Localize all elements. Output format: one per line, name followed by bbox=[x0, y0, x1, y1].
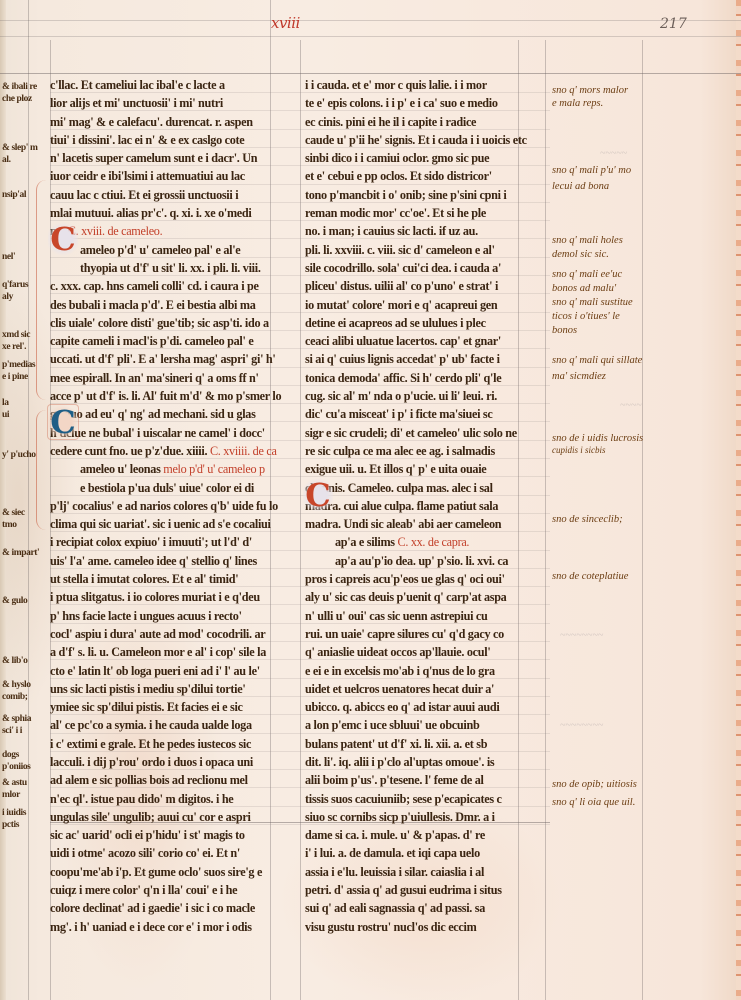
text-line: tiui' i dissini'. lac ei n' & e ex caslg… bbox=[50, 131, 285, 149]
margin-note: sno q' mali p'u' mo bbox=[552, 164, 631, 177]
margin-note: dogs bbox=[2, 750, 19, 761]
margin-note: & lib'o bbox=[2, 656, 27, 667]
margin-note: e i pine bbox=[2, 372, 28, 383]
text-line: alii boim p'us'. p'tesene. l' feme de al bbox=[305, 771, 540, 789]
text-line: n'ec ql'. istue pau dido' m digitos. i h… bbox=[50, 790, 285, 808]
text-line: thyopia ut d'f' u sit' li. xx. i pli. li… bbox=[50, 259, 285, 277]
margin-note: nsip'al bbox=[2, 190, 26, 201]
text-line: ubicco. q. abiccs eo q' ad istar auui au… bbox=[305, 698, 540, 716]
margin-note: ticos i o'tiues' le bbox=[552, 310, 620, 323]
text-line: pli. li. xxviii. c. viii. sic d' cameleo… bbox=[305, 241, 540, 259]
text-line: ut stella i imutat colores. Et e al' tim… bbox=[50, 570, 285, 588]
decorated-initial: C bbox=[48, 222, 78, 256]
margin-note: bonos ad malu' bbox=[552, 282, 616, 295]
text-line: cug. sic al' m' nda o p'ucie. ui li' leu… bbox=[305, 387, 540, 405]
decorated-initial: C bbox=[303, 478, 333, 512]
margin-note: sno q' mali qui sillate bbox=[552, 354, 642, 367]
margin-note: bonos bbox=[552, 324, 577, 337]
text-line: bulans patent' ut d'f' xi. li. xii. a. e… bbox=[305, 735, 540, 753]
pen-flourish bbox=[36, 180, 49, 400]
margin-note: sno q' mali ee'uc bbox=[552, 268, 622, 281]
text-line: al' ce pc'co a symia. i he cauda ualde l… bbox=[50, 716, 285, 734]
text-line: p' hns facie lacte i ungues acuus i rect… bbox=[50, 607, 285, 625]
text-line: lior alijs et mi' unctuosii' i mi' nutri bbox=[50, 94, 285, 112]
text-line: uidi i otme' acozo sili' corio co' ei. E… bbox=[50, 844, 285, 862]
text-line: mg'. i h' uaniad e i dece cor e' i mor i… bbox=[50, 918, 285, 936]
text-line: ec cinis. pini ei he il i capite i radic… bbox=[305, 113, 540, 131]
text-line: madra. cui alue culpa. flame patiut sala bbox=[305, 497, 540, 515]
margin-note: sno q' mors malor bbox=[552, 84, 628, 97]
text-line: et e' cebui e pp oclos. Et sido districo… bbox=[305, 167, 540, 185]
margin-note: ma' sicmdiez bbox=[552, 370, 606, 383]
text-line: cuiqz i mere color' q'n i lla' coui' e i… bbox=[50, 881, 285, 899]
margin-note: y' p'ucho bbox=[2, 450, 36, 461]
text-line: reman modic mor' cc'oe'. Et si he ple bbox=[305, 204, 540, 222]
rubric: C. xviii. de cameleo. bbox=[68, 224, 163, 238]
show-through-text: ~~~~~~~~ bbox=[560, 720, 603, 731]
text-line: uidet et uelcros uenatores hecat duir a' bbox=[305, 680, 540, 698]
text-line: madra. Undi sic aleab' abi aer cameleon bbox=[305, 515, 540, 533]
text-line: exigue uii. u. Et illos q' p' e uita oua… bbox=[305, 460, 540, 478]
margin-note: & astu bbox=[2, 778, 27, 789]
show-through-text: ~~~~~~~~ bbox=[560, 630, 603, 641]
margin-note: mlor bbox=[2, 790, 20, 801]
text-line: uns sic lacti pistis i mediu sp'dilui to… bbox=[50, 680, 285, 698]
text-line: mee espirall. In an' ma'sineri q' a oms … bbox=[50, 369, 285, 387]
text-line: aly u' sic cas deuis p'uenit q' carp'at … bbox=[305, 588, 540, 606]
folio-number: 217 bbox=[660, 16, 687, 32]
text-line: io mutat' colore' mori e q' acapreui gen bbox=[305, 296, 540, 314]
text-line: ameleo u' leonas melo p'd' u' cameleo p bbox=[50, 460, 285, 478]
text-line: capite cameli i macl'is p'di. cameleo pa… bbox=[50, 332, 285, 350]
text-line: caude u' p'ii he' signis. Et i cauda i i… bbox=[305, 131, 540, 149]
text-line: i recipiat colox expiuo' i imuuti'; ut l… bbox=[50, 533, 285, 551]
text-line: visu gustu rostru' nucl'os dic eccim bbox=[305, 918, 540, 936]
margin-note: sno q' li oia que uil. bbox=[552, 796, 635, 809]
text-line: si ai q' cuius lignis accedat' p' ub' fa… bbox=[305, 350, 540, 368]
margin-note: sno q' mali holes bbox=[552, 234, 623, 247]
text-line: q' aniaslie uideat occos ap'llauie. ocul… bbox=[305, 643, 540, 661]
text-line: dit. li'. iq. alii i p'clo al'uptas omou… bbox=[305, 753, 540, 771]
text-line: n' lacetis super camelum sunt e i dacr'.… bbox=[50, 149, 285, 167]
margin-note: i iuidis bbox=[2, 808, 26, 819]
text-line: tissis suos cacuiuniib; sese p'ecapicate… bbox=[305, 790, 540, 808]
text-line: sic ac' uarid' ocli ei p'hidu' i st' mag… bbox=[50, 826, 285, 844]
text-line: i c' extimi e grale. Et he pedes iusteco… bbox=[50, 735, 285, 753]
text-line: clima qui sic uariat'. sic i uenic ad s'… bbox=[50, 515, 285, 533]
text-line: ymiee sic sp'dilui pistis. Et facies ei … bbox=[50, 698, 285, 716]
margin-note: e mala reps. bbox=[552, 97, 603, 110]
margin-note: q'farus bbox=[2, 280, 28, 291]
text-line: dame si ca. i. mule. u' & p'apas. d' re bbox=[305, 826, 540, 844]
rubric: C. xx. de capra. bbox=[398, 535, 470, 549]
text-line: e ei e in excelsis mo'ab i q'nus de lo g… bbox=[305, 662, 540, 680]
text-line: c'llac. Et cameliui lac ibal'e c lacte a bbox=[50, 76, 285, 94]
text-line: uis' l'a' ame. cameleo idee q' stellio q… bbox=[50, 552, 285, 570]
text-line: colore declinat' ad i gaedie' i sic i co… bbox=[50, 899, 285, 917]
show-through-text: ~~~~ bbox=[620, 400, 642, 411]
text-line: sile cocodrillo. sola' cui'ci dea. i cau… bbox=[305, 259, 540, 277]
decorated-initial: C bbox=[48, 405, 78, 439]
text-line: a d'f' s. li. u. Cameleon mor e al' i co… bbox=[50, 643, 285, 661]
rubric: melo p'd' u' cameleo p bbox=[163, 462, 265, 476]
margin-note: & impart' bbox=[2, 548, 39, 559]
text-line: tonica demoda' affic. Si h' cerdo pli' q… bbox=[305, 369, 540, 387]
text-line: lacculi. i dij p'rou' ordo i duos i opac… bbox=[50, 753, 285, 771]
text-line: iuor ceidr e ibi'lsimi i attemuatiui au … bbox=[50, 167, 285, 185]
ruling-line bbox=[0, 36, 741, 37]
text-line: ameleo p'd' u' cameleo pal' e al'e bbox=[50, 241, 285, 259]
margin-note: che ploz bbox=[2, 94, 32, 105]
text-line: ceaci alibi uluatue lacertos. cap' et gn… bbox=[305, 332, 540, 350]
margin-note: al. bbox=[2, 155, 11, 166]
margin-note: & hyslo bbox=[2, 680, 31, 691]
text-line: siuo sc cornibs sicp p'uiullesis. Dmr. a… bbox=[305, 808, 540, 826]
text-column-b: i i cauda. et e' mor c quis lalie. i i m… bbox=[305, 76, 540, 936]
text-line: ge quo ad eu' q' ng' ad mechani. sid u g… bbox=[50, 405, 285, 423]
margin-note: sno de opib; uitiosis bbox=[552, 778, 637, 791]
margin-note: xe rel'. bbox=[2, 342, 26, 353]
text-line: ungulas sile' ungulib; auui cu' cor e as… bbox=[50, 808, 285, 826]
margin-note: sno q' mali sustitue bbox=[552, 296, 633, 309]
text-line: n' ulli u' oui' cas sic uenn astrepiui c… bbox=[305, 607, 540, 625]
text-line: pros i capreis acu'p'eos ue glas q' oci … bbox=[305, 570, 540, 588]
text-line: sinbi dico i i camiui oclor. gmo sic pue bbox=[305, 149, 540, 167]
text-line: ap'a e silims C. xx. de capra. bbox=[305, 533, 540, 551]
show-through-text: ~~~~~ bbox=[600, 148, 627, 159]
text-line: acce p' ut d'f' is. li. Al' fuit m'd' & … bbox=[50, 387, 285, 405]
ruling-line bbox=[0, 20, 741, 21]
text-line: cto e' latin lt' ob loga pueri eni ad i'… bbox=[50, 662, 285, 680]
margin-note: p'medias bbox=[2, 360, 35, 371]
text-line: tono p'mancbit i o' onib; sine p'sini cp… bbox=[305, 186, 540, 204]
text-line: clemnis. Cameleo. culpa mas. alec i sal bbox=[305, 479, 540, 497]
ruling-vertical bbox=[642, 40, 643, 1000]
text-line: a lon p'emc i uce sbluui' ue obcuinb bbox=[305, 716, 540, 734]
text-line: coopu'me'ab i'p. Et gume oclo' suos sire… bbox=[50, 863, 285, 881]
text-line: sui q' ad eali sagnassia q' ad passi. sa bbox=[305, 899, 540, 917]
rubric: C. xviiii. de ca bbox=[210, 444, 277, 458]
text-line: ap'a au'p'io dea. up' p'sio. li. xvi. ca bbox=[305, 552, 540, 570]
margin-note: xmd sic bbox=[2, 330, 30, 341]
margin-note: sno de coteplatiue bbox=[552, 570, 628, 583]
margin-note: nel' bbox=[2, 252, 15, 263]
text-line: dic' cu'a misceat' i p' i ficte ma'siuei… bbox=[305, 405, 540, 423]
ruling-line bbox=[0, 73, 741, 74]
margin-note: & slep' m bbox=[2, 143, 37, 154]
text-line: assia i e'lu. leuissia i silar. caiaslia… bbox=[305, 863, 540, 881]
margin-note: comib; bbox=[2, 692, 28, 703]
quire-mark: xviii bbox=[271, 14, 300, 32]
margin-note: sno de sinceclib; bbox=[552, 513, 623, 526]
margin-note: aly bbox=[2, 292, 13, 303]
text-line: p'lj' cocalius' e ad narios colores q'b'… bbox=[50, 497, 285, 515]
text-line: mlai mutuui. alias pr'c'. q. xi. i. xe o… bbox=[50, 204, 285, 222]
text-column-a: c'llac. Et cameliui lac ibal'e c lacte a… bbox=[50, 76, 285, 936]
margin-note: lecui ad bona bbox=[552, 180, 609, 193]
text-line: des bubali i macla p'd'. E ei bestia alb… bbox=[50, 296, 285, 314]
margin-note: p'oniios bbox=[2, 762, 30, 773]
text-line: cauu lac c ctiui. Et ei grossii unctuosi… bbox=[50, 186, 285, 204]
text-line: petri. d' assia q' ad gusui eudrima i si… bbox=[305, 881, 540, 899]
manuscript-page: xviii 217 & ibali re che ploz & slep' m … bbox=[0, 0, 741, 1000]
text-line: no. C. xviii. de cameleo. bbox=[50, 222, 285, 240]
margin-note: & ibali re bbox=[2, 82, 37, 93]
margin-note: pctis bbox=[2, 820, 19, 831]
text-line: cocl' aspiu i dura' aute ad mod' cocodri… bbox=[50, 625, 285, 643]
margin-note: ui bbox=[2, 410, 9, 421]
text-line: mi' mag' & e calefacu'. durencat. r. asp… bbox=[50, 113, 285, 131]
text-line: te e' epis colons. i i p' e i ca' suo e … bbox=[305, 94, 540, 112]
text-line: uccati. ut d'f' pli'. E a' lersha mag' a… bbox=[50, 350, 285, 368]
text-line: re sic culpa ce ma alec ee ag. i salmadi… bbox=[305, 442, 540, 460]
margin-note: demol sic sic. bbox=[552, 248, 609, 261]
margin-note: cupidis i sicbis bbox=[552, 444, 606, 457]
text-line: cedere cunt fno. ue p'z'due. xiiii. C. x… bbox=[50, 442, 285, 460]
text-line: sigr e sic crudeli; di' et cameleo' ulic… bbox=[305, 424, 540, 442]
margin-note: & sphia bbox=[2, 714, 31, 725]
margin-note: & gulo bbox=[2, 596, 27, 607]
text-line: h'dclue ne bubal' i uiscalar ne camel' i… bbox=[50, 424, 285, 442]
margin-note: la bbox=[2, 398, 9, 409]
text-line: e bestiola p'ua duls' uiue' color ei di bbox=[50, 479, 285, 497]
margin-note: sci' i i bbox=[2, 726, 22, 737]
text-line: rui. un uaie' capre silures cu' q'd gacy… bbox=[305, 625, 540, 643]
text-line: detine ei acapreos ad se ululues i plec bbox=[305, 314, 540, 332]
text-line: ad alem e sic pollias bois ad reclionu m… bbox=[50, 771, 285, 789]
text-line: clis uiale' colore disti' gue'tib; sic a… bbox=[50, 314, 285, 332]
text-line: c. xxx. cap. hns cameli colli' cd. i cau… bbox=[50, 277, 285, 295]
margin-note: & siec bbox=[2, 508, 25, 519]
text-line: i i cauda. et e' mor c quis lalie. i i m… bbox=[305, 76, 540, 94]
text-line: no. i man; i cauius sic lacti. if uz au. bbox=[305, 222, 540, 240]
margin-note: tmo bbox=[2, 520, 17, 531]
text-line: pliceu' distus. uilii al' co p'uno' e st… bbox=[305, 277, 540, 295]
text-line: i' i lui. a. de damula. et iqi capa uelo bbox=[305, 844, 540, 862]
text-line: i ptua slitgatus. i io colores muriat i … bbox=[50, 588, 285, 606]
page-edge-damage bbox=[736, 0, 741, 1000]
